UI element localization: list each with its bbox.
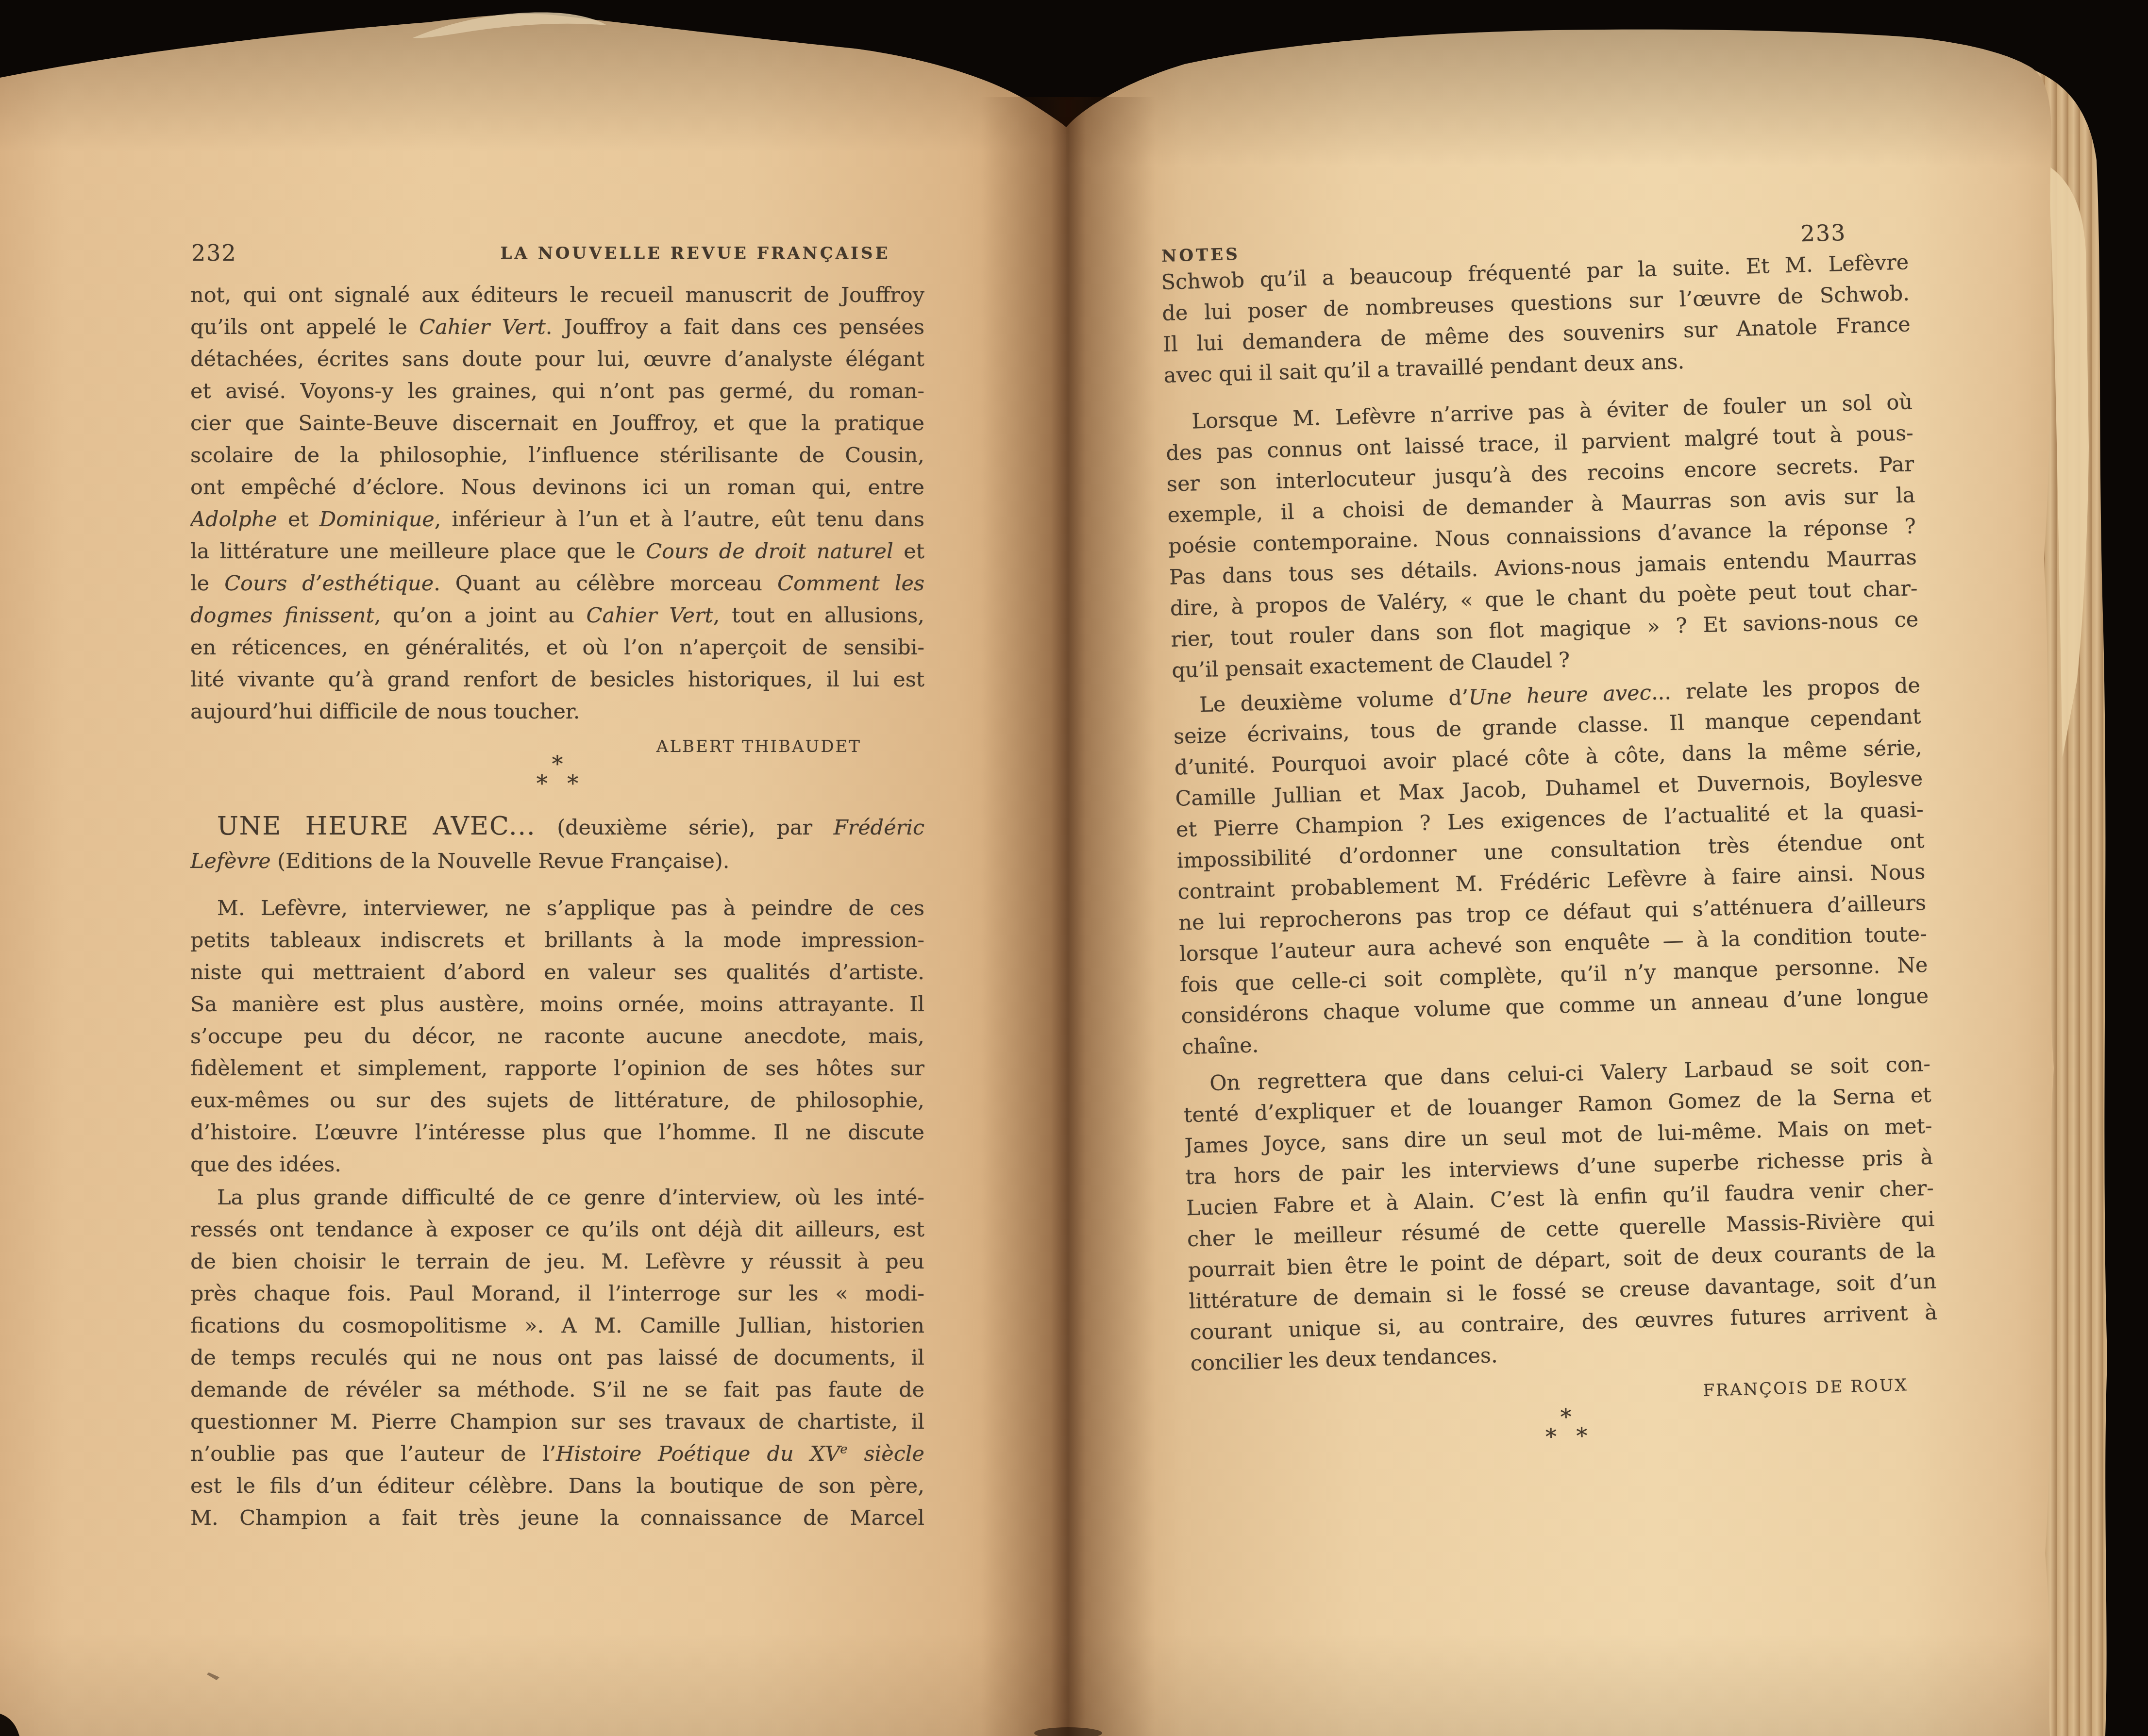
text-line: lité vivante qu’à grand renfort de besic…	[190, 664, 924, 696]
text-line: qu’ils ont appelé le Cahier Vert. Jouffr…	[190, 311, 924, 343]
right-page: NOTES 233 Schwob qu’il a beaucoup fréque…	[1154, 0, 1948, 1736]
text-line: n’oublie pas que l’auteur de l’Histoire …	[190, 1438, 924, 1470]
book-scan: { "sep": { "a": "*", "b": "* *" }, "left…	[0, 0, 2148, 1736]
text-line: la littérature une meilleure place que l…	[190, 535, 924, 568]
text-line: ressés ont tendance à exposer ce qu’ils …	[190, 1214, 924, 1246]
text-line: petits tableaux indiscrets et brillants …	[190, 924, 924, 956]
text-line: et avisé. Voyons-y les graines, qui n’on…	[190, 375, 924, 407]
text-line: cier que Sainte-Beuve discernait en Jouf…	[190, 407, 924, 439]
paragraph-interview-difficulty: La plus grande difficulté de ce genre d’…	[190, 1182, 924, 1534]
right-page-number: 233	[1800, 219, 1846, 247]
signature-francois-de-roux: FRANÇOIS DE ROUX	[1703, 1375, 1908, 1400]
text-line: d’histoire. L’œuvre l’intéresse plus que…	[190, 1117, 924, 1149]
text-line: scolaire de la philosophie, l’influence …	[190, 439, 924, 471]
text-line: ont empêché d’éclore. Nous devinons ici …	[190, 471, 924, 503]
left-page-number: 232	[191, 240, 237, 266]
text-line: fications du cosmopolitisme ». A M. Cami…	[190, 1310, 924, 1342]
section-separator-stars: * *	[190, 773, 924, 794]
paragraph-thibaudet-review: not, qui ont signalé aux éditeurs le rec…	[190, 279, 924, 728]
running-title: LA NOUVELLE REVUE FRANÇAISE	[462, 244, 928, 263]
text-line: s’occupe peu du décor, ne raconte aucune…	[190, 1020, 924, 1052]
paragraph-maurras: Lorsque M. Lefèvre n’arrive pas à éviter…	[1165, 386, 1920, 686]
text-line: demande de révéler sa méthode. S’il ne s…	[190, 1374, 924, 1406]
text-line: fidèlement et simplement, rapporte l’opi…	[190, 1052, 924, 1085]
text-line: Lefèvre (Editions de la Nouvelle Revue F…	[190, 844, 924, 879]
section-header-notes: NOTES	[1161, 245, 1240, 266]
text-line: près chaque fois. Paul Morand, il l’inte…	[190, 1278, 924, 1310]
paragraph-schwob: Schwob qu’il a beaucoup fréquenté par la…	[1161, 247, 1912, 391]
text-line: est le fils d’un éditeur célèbre. Dans l…	[190, 1470, 924, 1502]
left-page: 232 LA NOUVELLE REVUE FRANÇAISE not, qui…	[190, 0, 924, 1736]
gutter-shadow	[981, 97, 1156, 1736]
text-line: aujourd’hui difficile de nous toucher.	[190, 696, 924, 728]
text-line: La plus grande difficulté de ce genre d’…	[190, 1182, 924, 1214]
paragraph-larbaud: On regrettera que dans celui-ci Valery L…	[1183, 1049, 1939, 1379]
text-line: que des idées.	[190, 1149, 924, 1181]
text-line: eux-mêmes ou sur des sujets de littératu…	[190, 1085, 924, 1117]
text-line: en réticences, en généralités, et où l’o…	[190, 632, 924, 664]
text-line: questionner M. Pierre Champion sur ses t…	[190, 1406, 924, 1438]
text-line: Adolphe et Dominique, inférieur à l’un e…	[190, 503, 924, 535]
review-heading-une-heure-avec: UNE HEURE AVEC... (deuxième série), par …	[190, 809, 924, 879]
text-line: M. Lefèvre, interviewer, ne s’applique p…	[190, 892, 924, 924]
text-line: le Cours d’esthétique. Quant au célèbre …	[190, 568, 924, 600]
text-line: UNE HEURE AVEC... (deuxième série), par …	[190, 809, 924, 844]
text-line: niste qui mettraient d’abord en valeur s…	[190, 956, 924, 988]
text-line: détachées, écrites sans doute pour lui, …	[190, 343, 924, 375]
paragraph-lefevre-manner: M. Lefèvre, interviewer, ne s’applique p…	[190, 892, 924, 1181]
text-line: M. Champion a fait très jeune la connais…	[190, 1502, 924, 1534]
text-line: de temps reculés qui ne nous ont pas lai…	[190, 1342, 924, 1374]
text-line: Sa manière est plus austère, moins ornée…	[190, 988, 924, 1020]
text-line: de bien choisir le terrain de jeu. M. Le…	[190, 1246, 924, 1278]
text-line: dogmes finissent, qu’on a joint au Cahie…	[190, 600, 924, 632]
paragraph-deuxieme-volume: Le deuxième volume d’Une heure avec... r…	[1172, 670, 1930, 1063]
text-line: not, qui ont signalé aux éditeurs le rec…	[190, 279, 924, 311]
